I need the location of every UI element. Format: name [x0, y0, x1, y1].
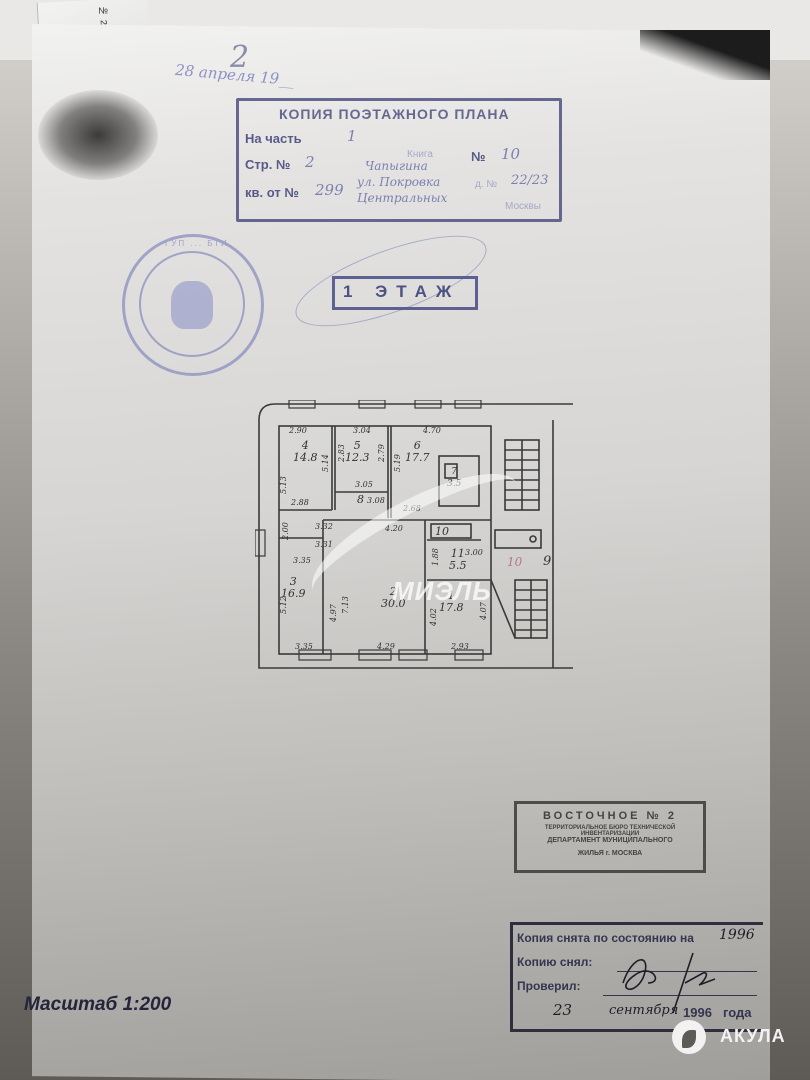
dim-r4-right: 5.14	[321, 454, 330, 472]
building-value: 2	[305, 153, 315, 171]
floor-stamp-label: 1 ЭТАЖ	[343, 282, 460, 302]
stamp-vost-line3: ДЕПАРТАМЕНТ МУНИЦИПАЛЬНОГО	[517, 837, 703, 844]
copied-by-label: Копию снял:	[517, 955, 592, 969]
room-4: 414.8	[293, 440, 318, 464]
dim-small2: 3.31	[315, 540, 333, 549]
stamp-vost-line1: ВОСТОЧНОЕ № 2	[517, 810, 703, 822]
shark-fin-icon	[672, 1020, 706, 1054]
dim-top-r4: 2.90	[289, 426, 307, 435]
scale-label: Масштаб 1:200	[24, 994, 171, 1016]
shadow	[38, 90, 158, 180]
area-handwritten: Центральных	[357, 191, 447, 205]
dim-r6-left: 5.19	[393, 454, 402, 472]
copy-state-year: 1996	[719, 927, 755, 943]
dim-bottom-r3: 3.35	[295, 642, 313, 651]
dim-left-lower: 2.00	[281, 522, 290, 540]
dim-bottom-r2: 4.29	[377, 642, 395, 651]
dim-r5-right: 2.79	[377, 444, 386, 462]
dim-r8: 3.08	[367, 496, 385, 505]
pink-mark: 10	[507, 556, 522, 568]
eagle-emblem-icon	[171, 281, 213, 329]
stamp-bti-vostochnoe: ВОСТОЧНОЕ № 2 ТЕРРИТОРИАЛЬНОЕ БЮРО ТЕХНИ…	[514, 801, 706, 873]
city-faint: Москвы	[505, 201, 541, 212]
book-no-label: №	[471, 149, 486, 164]
dark-corner	[640, 30, 770, 80]
part-label: На часть	[245, 131, 302, 146]
seal-inner-ring	[139, 251, 245, 357]
date-day: 23	[553, 1001, 572, 1019]
dim-r5-bottom: 3.05	[355, 480, 373, 489]
room-8: 8	[357, 494, 364, 506]
apartment-label: кв. от №	[245, 185, 299, 200]
dim-r5-left: 2.83	[337, 444, 346, 462]
official-seal: ГУП ... БТИ	[122, 234, 264, 376]
floor-stamp: 1 ЭТАЖ	[332, 276, 478, 310]
room-5: 512.3	[345, 440, 370, 464]
district-handwritten: Чапыгина	[365, 159, 428, 173]
dim-top-r6: 4.70	[423, 426, 441, 435]
dim-r1-left: 4.02	[429, 608, 438, 626]
stamp-vost-line2: ТЕРРИТОРИАЛЬНОЕ БЮРО ТЕХНИЧЕСКОЙ ИНВЕНТА…	[517, 825, 703, 837]
building-label: Стр. №	[245, 157, 290, 172]
dim-r3-top: 3.35	[293, 556, 311, 565]
seal-ring-text: ГУП ... БТИ	[165, 239, 229, 248]
dim-small1: 3.32	[315, 522, 333, 531]
dim-r4-bottom: 2.88	[291, 498, 309, 507]
dim-top-r5: 3.04	[353, 426, 371, 435]
house-value: 22/23	[511, 173, 548, 188]
apartment-value: 299	[315, 181, 344, 199]
dim-bottom-r1: 2.93	[451, 642, 469, 651]
street-handwritten: ул. Покровка	[357, 175, 440, 189]
stamp-floor-plan-copy: КОПИЯ ПОЭТАЖНОГО ПЛАНА На часть 1 Книга …	[236, 98, 562, 222]
signature	[603, 943, 723, 1023]
house-label: д. №	[475, 179, 497, 190]
book-no-value: 10	[501, 145, 520, 163]
stamp-vost-line4: ЖИЛЬЯ г. МОСКВА	[517, 850, 703, 857]
watermark-text: МИЭЛЬ	[392, 576, 492, 607]
room-9: 9	[543, 556, 551, 568]
brand-name: АКУЛА	[720, 1026, 786, 1047]
room-6: 617.7	[405, 440, 430, 464]
checked-by-label: Проверил:	[517, 979, 581, 993]
brand-logo: АКУЛА	[672, 1018, 802, 1058]
stamp-copy-taken: Копия снята по состоянию на 1996 Копию с…	[510, 922, 763, 1032]
part-value: 1	[347, 127, 357, 145]
back-sheet-text: № 2	[98, 5, 109, 26]
dim-left-r4: 5.13	[279, 476, 288, 494]
stamp-title: КОПИЯ ПОЭТАЖНОГО ПЛАНА	[279, 106, 510, 122]
dim-r3-left: 5.12	[279, 596, 288, 614]
